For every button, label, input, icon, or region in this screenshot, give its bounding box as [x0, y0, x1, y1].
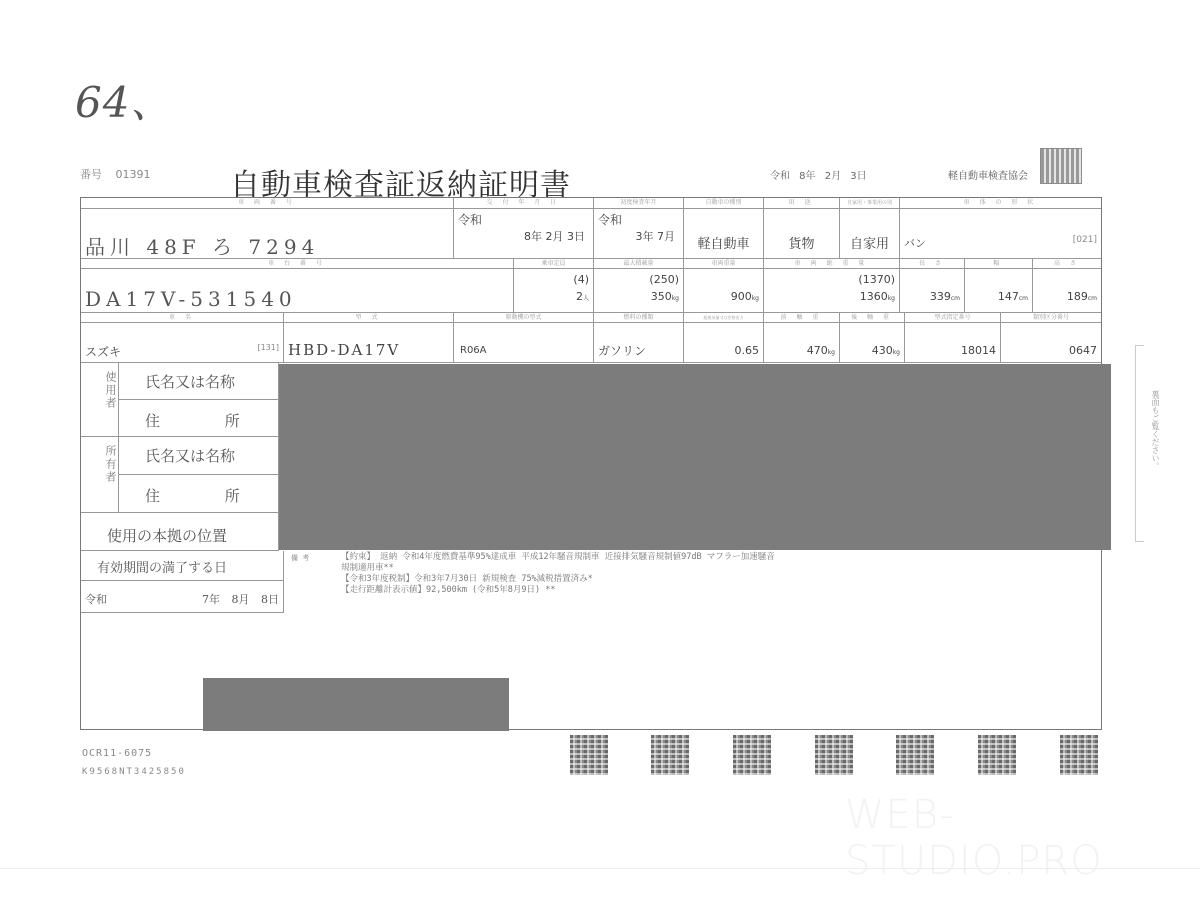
front-axle-header: 前 軸 重 [764, 313, 840, 323]
qr-code-icon [1060, 735, 1098, 775]
maker-header: 車 名 [81, 313, 284, 323]
serial-value: 01391 [116, 168, 151, 181]
remarks-line: 【走行距離計表示値】92,500km (令和5年8月9日) ** [341, 585, 1101, 596]
body-value: バン [904, 237, 926, 250]
plate-number: 品川 48F ろ 7294 [81, 209, 454, 259]
front-axle-value: 470 [807, 344, 828, 357]
body-header: 車 体 の 形 状 [900, 198, 1101, 209]
dim-unit: cm [1088, 295, 1097, 302]
chassis-header: 車 台 番 号 [81, 259, 514, 269]
first-reg-cell: 令和 3年 7月 [594, 209, 684, 259]
weight-unit: kg [828, 349, 835, 356]
side-note-text: 裏面もご覧ください。 [1150, 390, 1161, 470]
type-designation-header: 型式指定番号 [905, 313, 1001, 323]
capacity-value: 2 [576, 290, 583, 303]
max-load-paren: (250) [594, 271, 679, 288]
first-reg-value: 3年 7月 [598, 228, 679, 244]
owner-address-label: 住 所 [119, 475, 279, 513]
vehicle-weight-header: 車両重量 [684, 259, 764, 269]
category-header: 類別区分番号 [1001, 313, 1101, 323]
length-cell: 339cm [900, 269, 965, 313]
displacement-value: 0.65 [684, 323, 764, 363]
vehicle-type-header: 自動車の種別 [684, 198, 764, 209]
body-code: [021] [1073, 235, 1097, 245]
page-bottom-divider [0, 868, 1200, 869]
certificate-form: 車 両 番 号 交 付 年 月 日 初度検査年月 自動車の種別 用 途 自家用・… [80, 197, 1102, 730]
remarks-line: 【約束】 返納 令和4年度燃費基準95%達成車 平成12年騒音規制車 近接排気騒… [341, 552, 1101, 563]
redacted-stamp-area [203, 678, 509, 731]
height-header: 高 さ [1033, 259, 1101, 269]
type-designation-value: 18014 [905, 323, 1001, 363]
issue-era: 令和 [458, 211, 589, 228]
displacement-header: 総排気量又は定格出力 [684, 313, 764, 323]
maker-value: スズキ [85, 345, 121, 359]
vehicle-weight-value: 900 [731, 290, 752, 303]
user-name-label: 氏名又は名称 [119, 363, 279, 400]
capacity-unit: 人 [583, 295, 589, 302]
expiry-label: 有効期間の満了する日 [81, 551, 284, 581]
business-value: 自家用 [840, 209, 900, 259]
gross-weight-paren: (1370) [764, 271, 895, 288]
weight-unit: kg [672, 295, 679, 302]
vehicle-weight-cell: 900kg [684, 269, 764, 313]
owner-name-label: 氏名又は名称 [119, 437, 279, 475]
body-cell: バン [021] [900, 209, 1101, 259]
width-header: 幅 [965, 259, 1033, 269]
remarks-label: 備 考 [291, 553, 309, 564]
engine-header: 原動機の型式 [454, 313, 594, 323]
gross-weight-header: 車 両 総 重 量 [764, 259, 900, 269]
business-header: 自家用・事業用の別 [840, 198, 900, 209]
gross-weight-value: 1360 [860, 290, 888, 303]
maker-cell: スズキ [131] [81, 323, 284, 363]
model-header: 型 式 [284, 313, 454, 323]
plate-header: 車 両 番 号 [81, 198, 454, 209]
weight-unit: kg [893, 349, 900, 356]
max-load-cell: (250) 350kg [594, 269, 684, 313]
issue-date-cell: 令和 8年 2月 3日 [454, 209, 594, 259]
weight-unit: kg [752, 295, 759, 302]
owner-group-label: 所有者 [81, 437, 119, 513]
ocr-code: OCR11-6075 [82, 748, 152, 759]
fuel-header: 燃料の種類 [594, 313, 684, 323]
watermark: WEB-STUDIO.PRO [845, 792, 1200, 884]
rear-axle-cell: 430kg [840, 323, 905, 363]
height-cell: 189cm [1033, 269, 1101, 313]
base-location-label: 使用の本拠の位置 [81, 513, 279, 551]
user-address-label: 住 所 [119, 400, 279, 437]
dim-unit: cm [951, 295, 960, 302]
height-value: 189 [1067, 290, 1088, 303]
max-load-value: 350 [651, 290, 672, 303]
qr-code-icon [651, 735, 689, 775]
qr-code-icon [570, 735, 608, 775]
vehicle-type-value: 軽自動車 [684, 209, 764, 259]
category-value: 0647 [1001, 323, 1101, 363]
issue-date-header: 交 付 年 月 日 [454, 198, 594, 209]
expiry-value: 7年 8月 8日 [202, 591, 279, 607]
capacity-cell: (4) 2人 [514, 269, 594, 313]
expiry-era: 令和 [85, 593, 107, 606]
capacity-paren: (4) [514, 271, 589, 288]
dim-unit: cm [1019, 295, 1028, 302]
front-axle-cell: 470kg [764, 323, 840, 363]
first-reg-era: 令和 [598, 211, 679, 228]
remarks-line: 【令和3年度税制】令和3年7月30日 新規検査 75%減税措置済み* [341, 574, 1101, 585]
remarks-text: 【約束】 返納 令和4年度燃費基準95%達成車 平成12年騒音規制車 近接排気騒… [341, 552, 1101, 596]
max-load-header: 最大積載量 [594, 259, 684, 269]
serial-label: 番号 [80, 168, 102, 181]
fuel-value: ガソリン [594, 323, 684, 363]
document-code: K9568NT3425850 [82, 767, 186, 777]
length-header: 長 さ [900, 259, 965, 269]
redacted-owner-info [279, 364, 1111, 550]
expiry-cell: 令和 7年 8月 8日 [81, 581, 284, 613]
issuing-office: 軽自動車検査協会 [948, 167, 1028, 182]
width-cell: 147cm [965, 269, 1033, 313]
length-value: 339 [930, 290, 951, 303]
weight-unit: kg [888, 295, 895, 302]
official-seal-icon [1040, 148, 1082, 184]
gross-weight-cell: (1370) 1360kg [764, 269, 900, 313]
page-number-annotation: 64、 [75, 70, 173, 130]
model-value: HBD-DA17V [284, 323, 454, 363]
serial-number: 番号 01391 [80, 166, 161, 182]
qr-code-icon [733, 735, 771, 775]
rear-axle-value: 430 [872, 344, 893, 357]
user-group-label: 使用者 [81, 363, 119, 437]
qr-code-icon [978, 735, 1016, 775]
use-header: 用 途 [764, 198, 840, 209]
qr-code-icon [896, 735, 934, 775]
width-value: 147 [998, 290, 1019, 303]
issue-date-value: 8年 2月 3日 [458, 228, 589, 244]
engine-value: R06A [454, 323, 594, 363]
capacity-header: 乗車定員 [514, 259, 594, 269]
chassis-number: DA17V-531540 [81, 269, 514, 313]
side-note-bracket [1135, 345, 1144, 542]
use-value: 貨物 [764, 209, 840, 259]
rear-axle-header: 後 軸 重 [840, 313, 905, 323]
document-issue-date: 令和 8年 2月 3日 [770, 167, 867, 182]
first-reg-header: 初度検査年月 [594, 198, 684, 209]
maker-code: [131] [257, 343, 279, 352]
remarks-line: 規制適用車** [341, 563, 1101, 574]
qr-code-icon [815, 735, 853, 775]
